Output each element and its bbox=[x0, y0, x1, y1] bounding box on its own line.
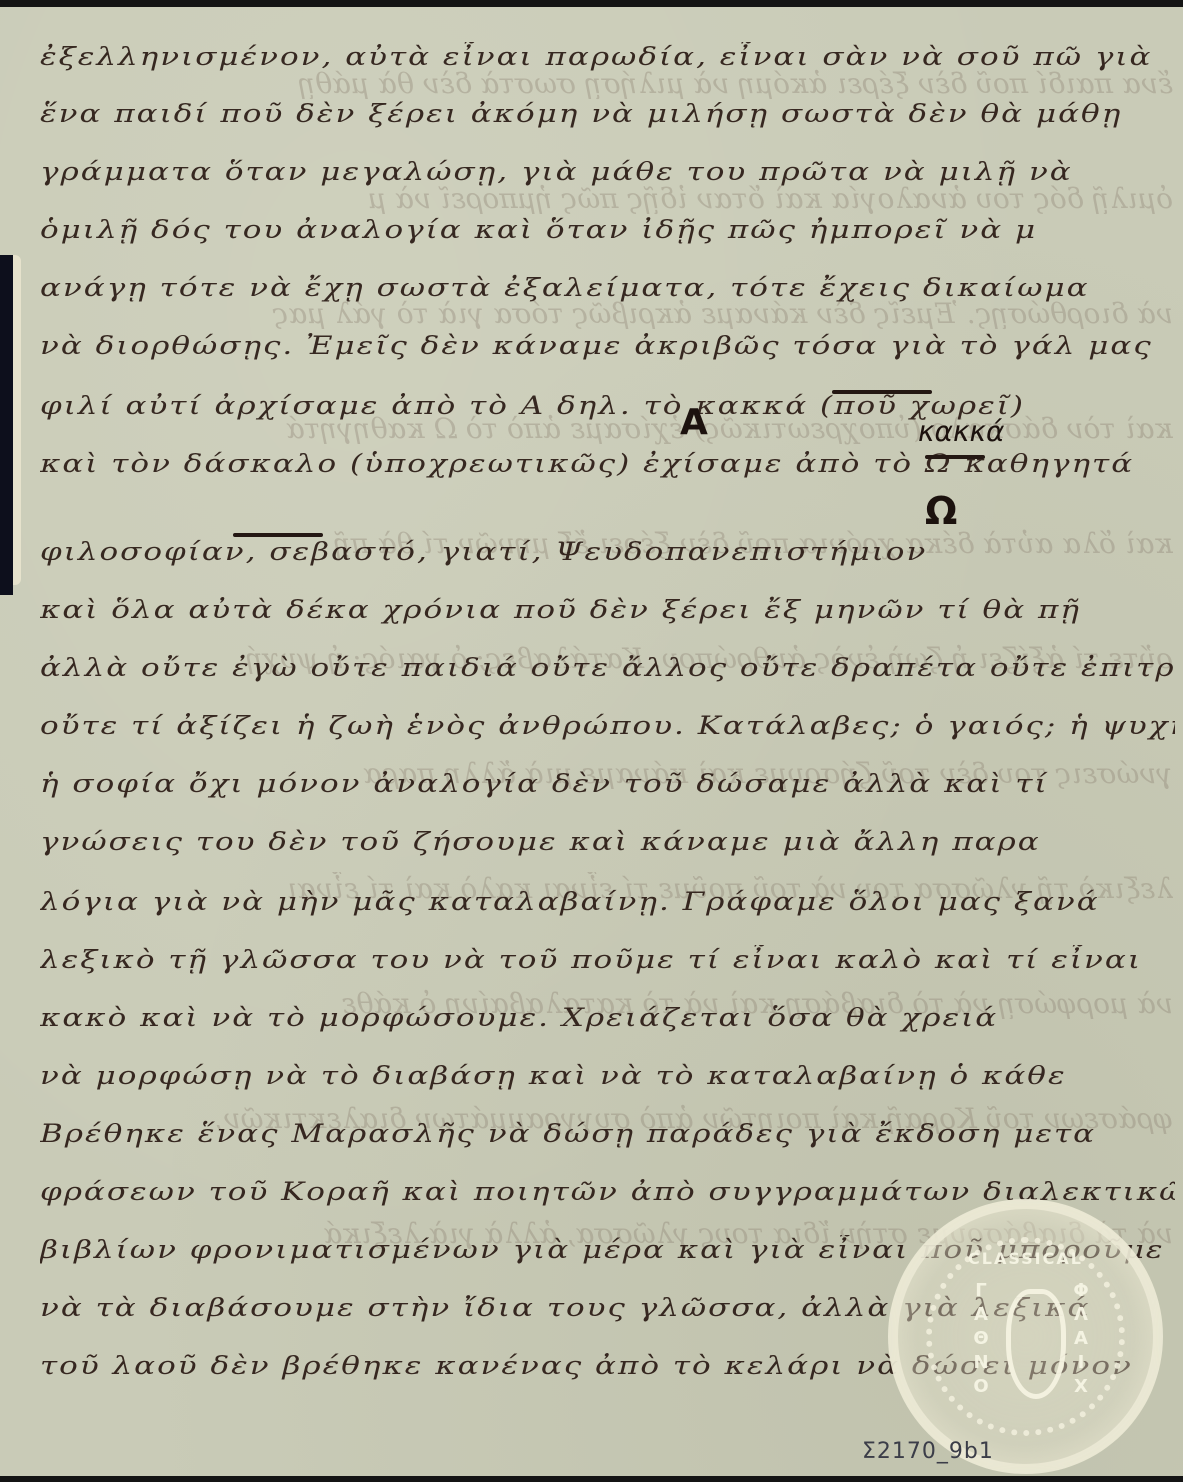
manuscript-line-14: γνώσεις του δὲν τοῦ ζήσουμε καὶ κάναμε μ… bbox=[40, 827, 1175, 866]
manuscript-line-7: φιλί αὐτί ἀρχίσαμε ἀπὸ τὸ A δηλ. τὸ κακκ… bbox=[40, 391, 1175, 430]
manuscript-line-2: ἕνα παιδί ποῦ δὲν ξέρει ἀκόμη νὰ μιλήσῃ … bbox=[40, 99, 1175, 138]
letter-alpha-mark: A bbox=[680, 402, 708, 443]
scan-bottom-border bbox=[0, 1476, 1183, 1482]
manuscript-line-5: ανάγῃ τότε νὰ ἔχῃ σωστὰ ἐξαλείματα, τότε… bbox=[40, 273, 1175, 312]
stamp-letters-left: ΓΑΘΝΟ bbox=[970, 1279, 992, 1399]
manuscript-line-9: φιλοσοφίαν, σεβαστό, γιατί, Ψευδοπανεπισ… bbox=[40, 537, 1175, 576]
manuscript-line-19: Βρέθηκε ἕνας Μαρασλῆς νὰ δώσῃ παράδες γι… bbox=[40, 1119, 1175, 1158]
line8-underline bbox=[233, 533, 323, 537]
stamp-letters-right: ΦΛΑΙΧ bbox=[1070, 1279, 1092, 1399]
manuscript-line-8: καὶ τὸν δάσκαλο (ὑποχρεωτικῶς) ἐχίσαμε ἀ… bbox=[40, 449, 1175, 488]
manuscript-line-17: κακὸ καὶ νὰ τὸ μορφώσουμε. Χρειάζεται ὅσ… bbox=[40, 1003, 1175, 1042]
line6-underline bbox=[832, 390, 932, 394]
manuscript-line-13: ἡ σοφία ὄχι μόνον ἀναλογία δὲν τοῦ δώσαμ… bbox=[40, 769, 1175, 808]
manuscript-line-18: νὰ μορφώσῃ νὰ τὸ διαβάσῃ καὶ νὰ τὸ καταλ… bbox=[40, 1061, 1175, 1100]
scan-left-dark-strip bbox=[0, 255, 13, 595]
word-kakka: κακκά bbox=[918, 415, 1004, 448]
stamp-vase-emblem bbox=[1006, 1289, 1066, 1399]
manuscript-line-6: νὰ διορθώσῃς. Ἐμεῖς δὲν κάναμε ἀκριβῶς τ… bbox=[40, 331, 1175, 370]
kakka-underline bbox=[925, 455, 985, 459]
manuscript-line-15: λόγια γιὰ νὰ μὴν μᾶς καταλαβαίνῃ. Γράφαμ… bbox=[40, 887, 1175, 926]
paper-fold-edge bbox=[13, 255, 21, 585]
letter-omega-mark: Ω bbox=[925, 489, 957, 533]
manuscript-line-11: ἀλλὰ οὔτε ἐγὼ οὔτε παιδιά οὔτε ἄλλος οὔτ… bbox=[40, 653, 1175, 692]
manuscript-line-3: γράμματα ὅταν μεγαλώσῃ, γιὰ μάθε του πρῶ… bbox=[40, 157, 1175, 196]
manuscript-line-10: καὶ ὅλα αὐτὰ δέκα χρόνια ποῦ δὲν ξέρει ἔ… bbox=[40, 595, 1175, 634]
stamp-text-top: CLASSICAL bbox=[898, 1249, 1153, 1268]
manuscript-page: ἕνα παιδί ποῦ δὲν ξέρει ἀκόμη νὰ μιλήσῃ … bbox=[0, 7, 1183, 1476]
manuscript-line-12: οὔτε τί ἀξίζει ἡ ζωὴ ἑνὸς ἀνθρώπου. Κατά… bbox=[40, 711, 1175, 750]
manuscript-line-1: ἐξελληνισμένον, αὐτὰ εἶναι παρωδία, εἶνα… bbox=[40, 42, 1175, 81]
manuscript-line-16: λεξικὸ τῇ γλῶσσα του νὰ τοῦ ποῦμε τί εἶν… bbox=[40, 945, 1175, 984]
archive-shelfmark: Σ2170_9b1 bbox=[862, 1439, 994, 1464]
manuscript-line-4: ὁμιλῇ δός του ἀναλογία καὶ ὅταν ἰδῇς πῶς… bbox=[40, 215, 1175, 254]
ascsa-stamp: CLASSICAL ΓΑΘΝΟ ΦΛΑΙΧ bbox=[888, 1199, 1163, 1474]
scan-top-border bbox=[0, 0, 1183, 7]
